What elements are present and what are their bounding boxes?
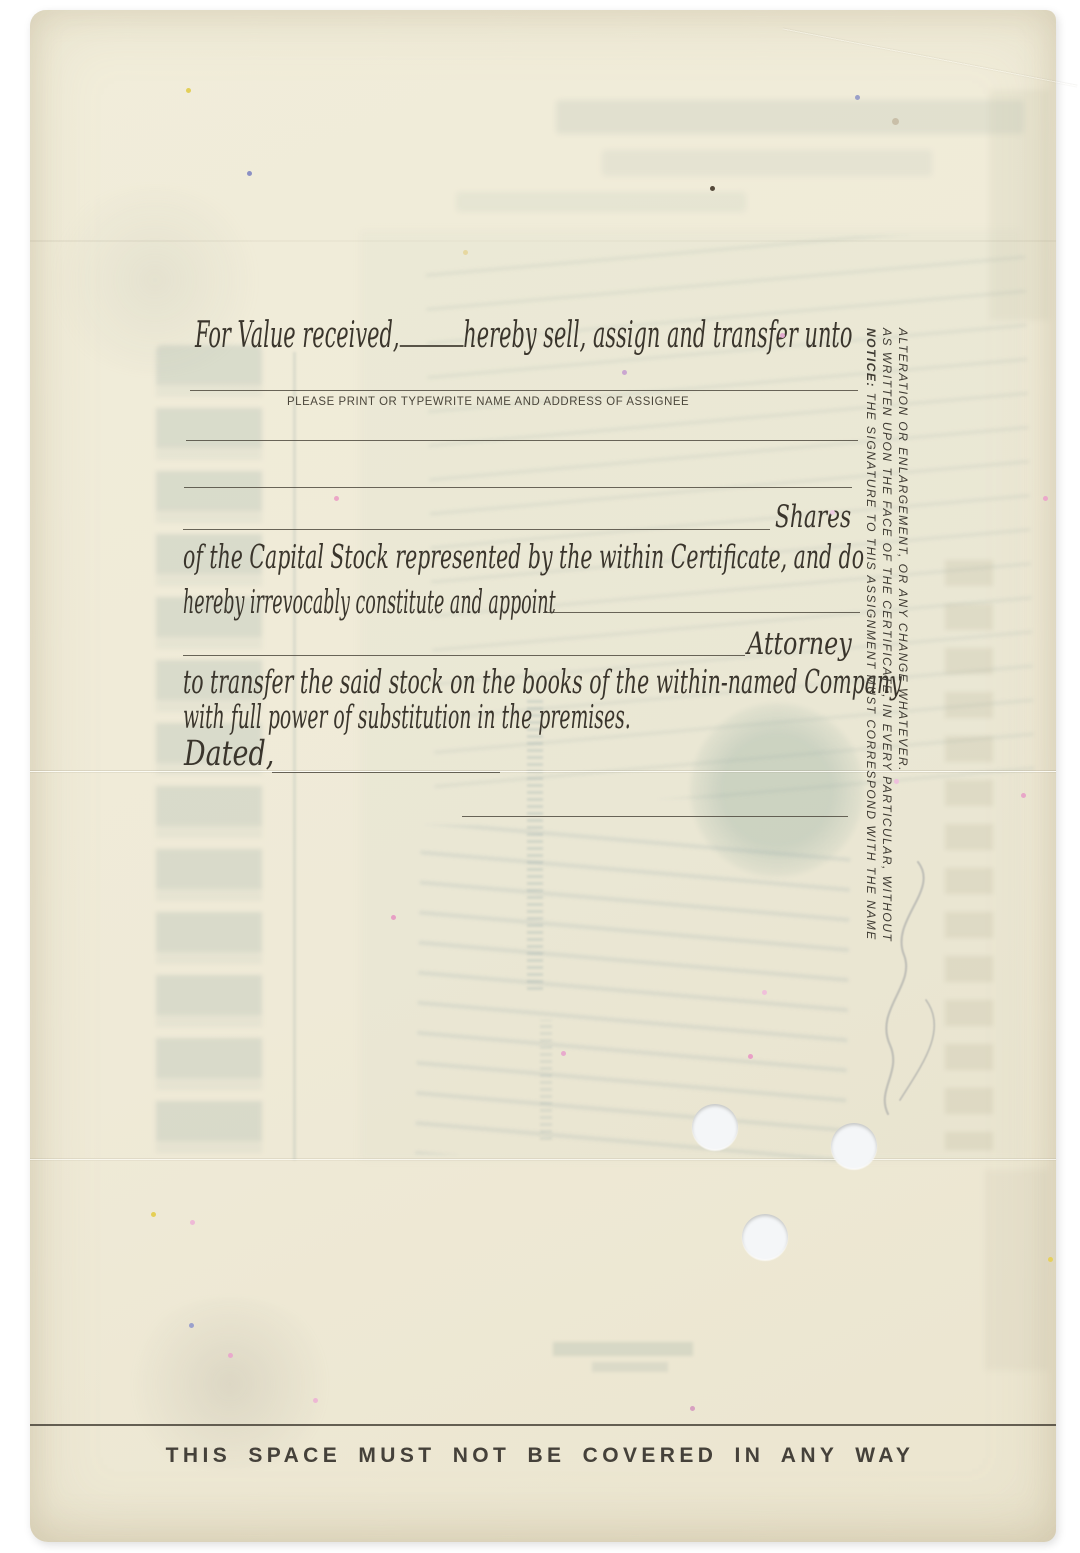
transfer-line: to transfer the said stock on the books …	[183, 662, 902, 701]
assignee-rule-3	[184, 487, 852, 488]
paper-speckles	[0, 0, 5, 5]
value-received-suffix: hereby sell, assign and transfer unto	[463, 315, 852, 356]
assignee-rule-2	[186, 440, 858, 441]
dated-rule	[272, 772, 500, 773]
value-received-prefix: For Value received,	[195, 315, 399, 356]
footer-rule	[30, 1424, 1056, 1426]
notice-line-3: ALTERATION OR ENLARGEMENT, OR ANY CHANGE…	[895, 328, 911, 906]
notice-line-2: AS WRITTEN UPON THE FACE OF THE CERTIFIC…	[879, 328, 895, 906]
notice-heading: NOTICE:	[865, 328, 879, 388]
appoint-rule	[543, 612, 860, 613]
value-received-blank	[399, 309, 463, 347]
punch-hole-1	[692, 1104, 738, 1150]
attorney-rule	[183, 655, 745, 656]
attorney-label: Attorney	[747, 626, 852, 662]
shares-label: Shares	[775, 499, 851, 535]
punch-hole-2	[831, 1123, 877, 1169]
assignee-caption: PLEASE PRINT OR TYPEWRITE NAME AND ADDRE…	[287, 394, 689, 408]
capital-stock-line: of the Capital Stock represented by the …	[183, 537, 864, 576]
dated-label: Dated,	[184, 734, 274, 774]
appoint-line: hereby irrevocably constitute and appoin…	[183, 582, 556, 621]
value-received-line: For Value received,hereby sell, assign a…	[195, 309, 852, 356]
scanned-certificate-back: For Value received,hereby sell, assign a…	[0, 0, 1080, 1553]
notice-line-1: NOTICE: THE SIGNATURE TO THIS ASSIGNMENT…	[863, 328, 879, 906]
shares-rule	[183, 529, 770, 530]
assignee-rule-1	[190, 390, 858, 391]
punch-hole-3	[742, 1214, 788, 1260]
notice-sidebar: NOTICE: THE SIGNATURE TO THIS ASSIGNMENT…	[863, 328, 910, 906]
footer-warning: THIS SPACE MUST NOT BE COVERED IN ANY WA…	[0, 1444, 1080, 1468]
signature-rule	[462, 816, 848, 817]
substitution-line: with full power of substitution in the p…	[183, 697, 631, 736]
